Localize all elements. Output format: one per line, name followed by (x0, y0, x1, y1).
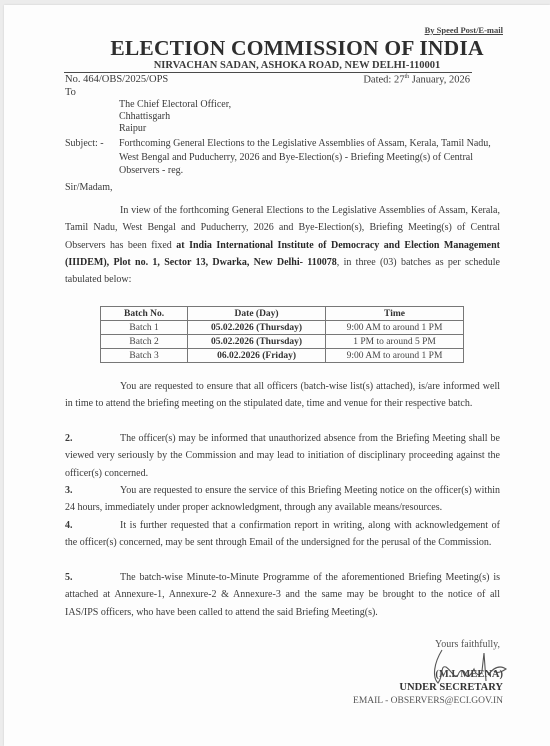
table-header-row: Batch No. Date (Day) Time (101, 307, 464, 321)
recipient-line: The Chief Electoral Officer, (119, 99, 231, 110)
signatory-designation: UNDER SECRETARY (399, 682, 503, 693)
batch-cell: Batch 3 (101, 349, 188, 363)
letter-date: Dated: 27th January, 2026 (363, 74, 470, 86)
time-cell: 9:00 AM to around 1 PM (326, 349, 464, 363)
column-header: Time (326, 307, 464, 321)
paragraph-4: 4.It is further requested that a confirm… (65, 517, 500, 552)
organization-address: NIRVACHAN SADAN, ASHOKA ROAD, NEW DELHI-… (4, 60, 550, 71)
time-cell: 9:00 AM to around 1 PM (326, 321, 464, 335)
time-cell: 1 PM to around 5 PM (326, 335, 464, 349)
paragraph-2: 2.The officer(s) may be informed that un… (65, 430, 500, 482)
date-cell: 05.02.2026 (Thursday) (188, 335, 326, 349)
letter-page: By Speed Post/E-mail ELECTION COMMISSION… (4, 5, 550, 746)
table-row: Batch 2 05.02.2026 (Thursday) 1 PM to ar… (101, 335, 464, 349)
signatory-email: EMAIL - OBSERVERS@ECI.GOV.IN (353, 696, 503, 706)
date-cell: 06.02.2026 (Friday) (188, 349, 326, 363)
reference-number: No. 464/OBS/2025/OPS (65, 74, 168, 85)
batch-cell: Batch 2 (101, 335, 188, 349)
signatory-name: (M.L MEENA) (435, 669, 503, 680)
organization-title: ELECTION COMMISSION OF INDIA (4, 36, 550, 61)
paragraph-3: 3.You are requested to ensure the servic… (65, 482, 500, 517)
recipient-line: Chhattisgarh (119, 111, 170, 122)
subject-text: Forthcoming General Elections to the Leg… (119, 137, 499, 178)
header-divider (64, 72, 472, 73)
paragraph-1: You are requested to ensure that all off… (65, 378, 500, 413)
subject-label: Subject: - (65, 138, 104, 149)
intro-paragraph: In view of the forthcoming General Elect… (65, 202, 500, 288)
column-header: Batch No. (101, 307, 188, 321)
paragraph-5: 5.The batch-wise Minute-to-Minute Progra… (65, 569, 500, 621)
batch-cell: Batch 1 (101, 321, 188, 335)
salutation: Sir/Madam, (65, 182, 113, 193)
recipient-line: Raipur (119, 123, 146, 134)
table-row: Batch 1 05.02.2026 (Thursday) 9:00 AM to… (101, 321, 464, 335)
to-label: To (65, 87, 76, 98)
schedule-table: Batch No. Date (Day) Time Batch 1 05.02.… (100, 306, 464, 363)
column-header: Date (Day) (188, 307, 326, 321)
delivery-mode: By Speed Post/E-mail (425, 25, 503, 35)
table-row: Batch 3 06.02.2026 (Friday) 9:00 AM to a… (101, 349, 464, 363)
date-cell: 05.02.2026 (Thursday) (188, 321, 326, 335)
